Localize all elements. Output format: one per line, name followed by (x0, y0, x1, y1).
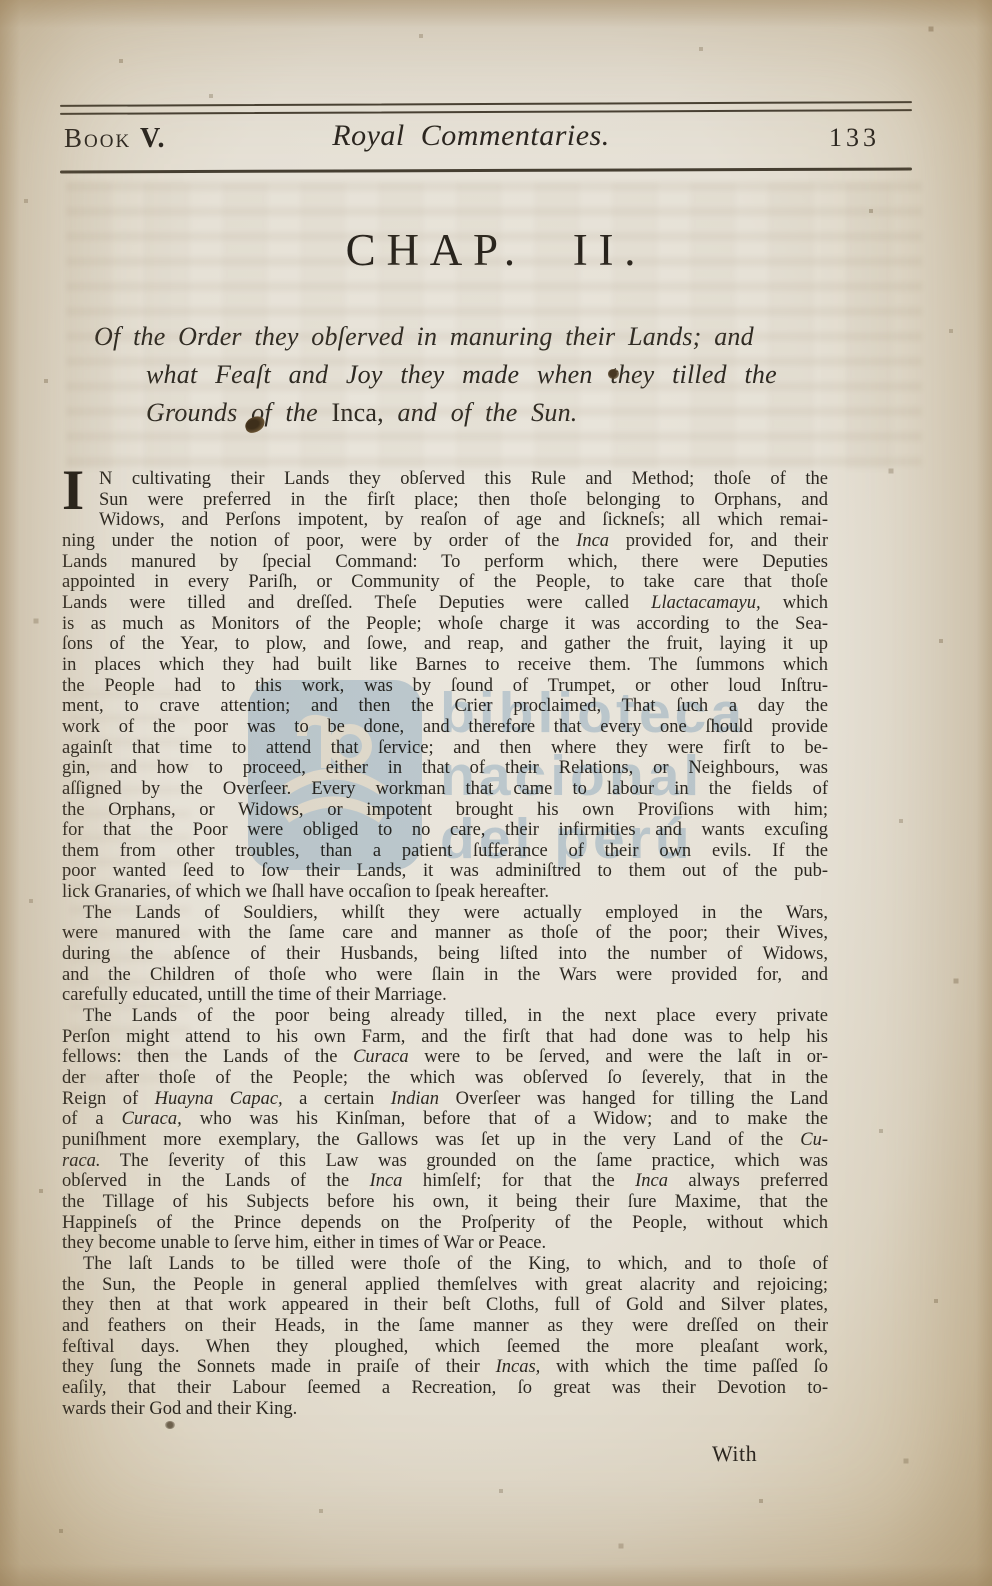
paragraph: The laſt Lands to be tilled were thoſe o… (62, 1254, 828, 1419)
header-top-rule-1 (60, 101, 912, 107)
verso-bleed-through-lower (70, 690, 190, 1090)
ink-smudge (165, 1421, 175, 1429)
text-line: Sun were preferred in the firſt place; t… (62, 490, 828, 511)
text-line: Lands were tilled and dreſſed. Theſe Dep… (62, 593, 828, 614)
text-line: puniſhment more exemplary, the Gallows w… (62, 1130, 828, 1151)
text-line: ſons of the Year, to plow, and ſowe, and… (62, 634, 828, 655)
text-line: ning under the notion of poor, were by o… (62, 531, 828, 552)
text-line: they become unable to ſerve him, either … (62, 1233, 828, 1254)
text-line: in places which they had built like Barn… (62, 655, 828, 676)
text-line: they ſung the Sonnets made in praiſe of … (62, 1357, 828, 1378)
text-line: wards their God and their King. (62, 1399, 828, 1420)
drop-cap: I (62, 470, 91, 511)
text-line: Widows, and Perſons impotent, by reaſon … (62, 510, 828, 531)
text-line: Reign of Huayna Capac, a certain Indian … (62, 1089, 828, 1110)
header-bottom-rule (60, 168, 912, 174)
running-title: Royal Commentaries. (332, 119, 609, 153)
book-page: Book V. Royal Commentaries. 133 CHAP. II… (0, 0, 992, 1586)
text-line: of a Curaca, who was his Kinſman, before… (62, 1109, 828, 1130)
paper-specks (0, 0, 2, 2)
text-line: is as much as Monitors of the People; wh… (62, 614, 828, 635)
book-numeral: V. (140, 123, 166, 154)
page-number: 133 (829, 123, 880, 153)
text-line: and feathers on their Heads, in the ſame… (62, 1316, 828, 1337)
catchword: With (712, 1441, 757, 1467)
text-line: Happineſs of the Prince depends on the P… (62, 1213, 828, 1234)
text-line: Lands manured by ſpecial Command: To per… (62, 552, 828, 573)
text-line: raca. The ſeverity of this Law was groun… (62, 1151, 828, 1172)
book-label: Book V. (64, 123, 166, 155)
text-line: the Sun, the People in general applied t… (62, 1275, 828, 1296)
text-line: feſtival days. When they ploughed, which… (62, 1337, 828, 1358)
text-line: appointed in every Pariſh, or Community … (62, 572, 828, 593)
text-line: they then at that work appeared in their… (62, 1295, 828, 1316)
book-word: Book (64, 123, 131, 153)
text-line: N cultivating their Lands they obſerved … (62, 469, 828, 490)
running-header: Book V. Royal Commentaries. 133 (62, 119, 880, 163)
text-line: eaſily, that their Labour ſeemed a Recre… (62, 1378, 828, 1399)
text-line: the Tillage of his Subjects before his o… (62, 1192, 828, 1213)
text-line: The laſt Lands to be tilled were thoſe o… (62, 1254, 828, 1275)
header-top-rule-2 (60, 109, 912, 115)
verso-bleed-through (66, 182, 922, 470)
text-line: obſerved in the Lands of the Inca himſel… (62, 1171, 828, 1192)
